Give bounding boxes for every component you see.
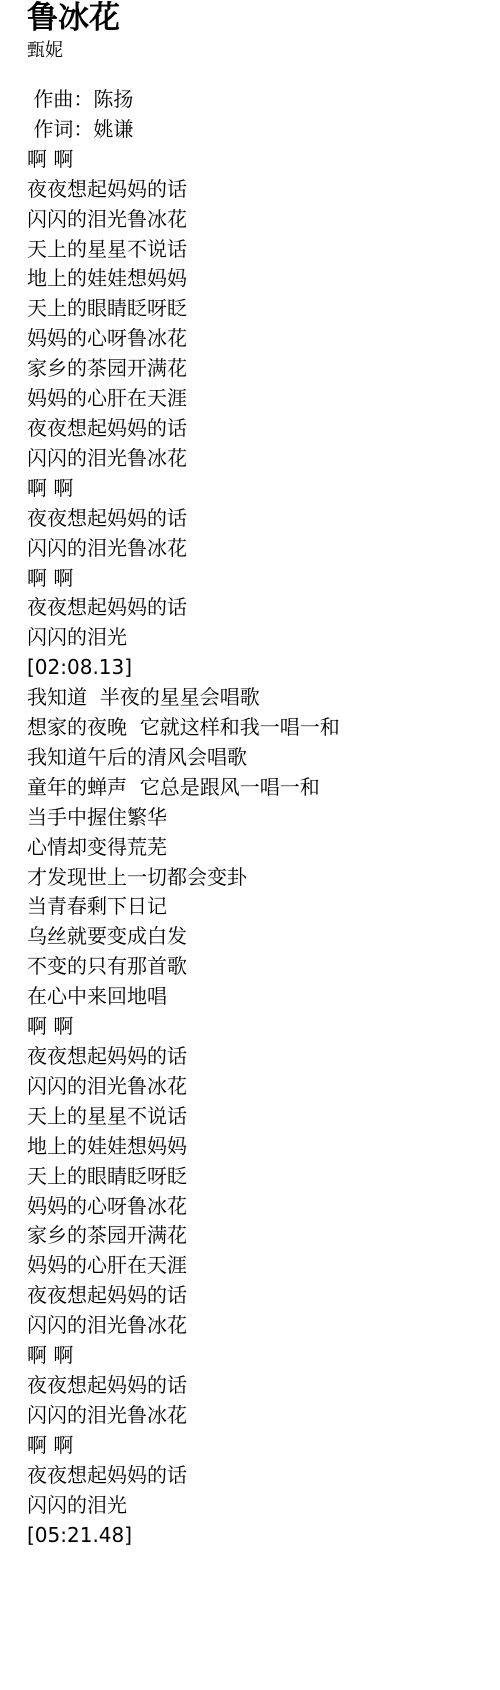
timestamp-line: [05:21.48] [27,1521,480,1551]
lyric-line: 夜夜想起妈妈的话 [27,1042,480,1072]
lyric-line: 闪闪的泪光 [27,623,480,653]
lyrics-page: 鲁冰花 甄妮 作曲：陈扬 作词：姚谦 啊 啊夜夜想起妈妈的话闪闪的泪光鲁冰花天上… [0,0,500,1550]
lyric-line: 心情却变得荒芜 [27,833,480,863]
artist-name: 甄妮 [27,37,480,64]
lyric-line: 闪闪的泪光 [27,1491,480,1521]
lyric-line: 不变的只有那首歌 [27,952,480,982]
lyric-line: 啊 啊 [27,1341,480,1371]
lyric-line: 啊 啊 [27,145,480,175]
lyric-line: 家乡的茶园开满花 [27,354,480,384]
lyric-line: 妈妈的心呀鲁冰花 [27,324,480,354]
lyric-line: 想家的夜晚 它就这样和我一唱一和 [27,713,480,743]
lyric-line: 地上的娃娃想妈妈 [27,1132,480,1162]
lyric-line: 当青春剩下日记 [27,892,480,922]
lyric-line: 啊 啊 [27,564,480,594]
lyric-line: 夜夜想起妈妈的话 [27,414,480,444]
lyric-line: 妈妈的心肝在天涯 [27,384,480,414]
lyric-line: 天上的星星不说话 [27,1102,480,1132]
lyric-line: 夜夜想起妈妈的话 [27,1281,480,1311]
lyric-line: 当手中握住繁华 [27,803,480,833]
lyric-line: 夜夜想起妈妈的话 [27,504,480,534]
lyric-line: 啊 啊 [27,474,480,504]
lyric-line: 我知道午后的清风会唱歌 [27,743,480,773]
lyric-line: 闪闪的泪光鲁冰花 [27,1311,480,1341]
lyric-line: 才发现世上一切都会变卦 [27,863,480,893]
lyric-line: 闪闪的泪光鲁冰花 [27,1401,480,1431]
lyric-line: 夜夜想起妈妈的话 [27,1461,480,1491]
lyric-line: 家乡的茶园开满花 [27,1221,480,1251]
lyric-line: 童年的蝉声 它总是跟风一唱一和 [27,773,480,803]
lyric-line: 我知道 半夜的星星会唱歌 [27,683,480,713]
lyric-line: 地上的娃娃想妈妈 [27,264,480,294]
lyric-line: 啊 啊 [27,1012,480,1042]
credit-line: 作曲：陈扬 [27,85,480,115]
lyric-line: 在心中来回地唱 [27,982,480,1012]
lyric-line: 闪闪的泪光鲁冰花 [27,1072,480,1102]
lyric-line: 闪闪的泪光鲁冰花 [27,205,480,235]
lyric-line: 妈妈的心呀鲁冰花 [27,1192,480,1222]
lyric-line: 夜夜想起妈妈的话 [27,1371,480,1401]
lyric-line: 天上的眼睛眨呀眨 [27,294,480,324]
lyric-line: 夜夜想起妈妈的话 [27,175,480,205]
lyric-line: 妈妈的心肝在天涯 [27,1251,480,1281]
lyric-line: 天上的星星不说话 [27,235,480,265]
song-title: 鲁冰花 [27,0,480,37]
lyric-line: 乌丝就要变成白发 [27,922,480,952]
lyrics-block: 作曲：陈扬 作词：姚谦 啊 啊夜夜想起妈妈的话闪闪的泪光鲁冰花天上的星星不说话地… [27,85,480,1550]
lyric-line: 闪闪的泪光鲁冰花 [27,444,480,474]
timestamp-line: [02:08.13] [27,653,480,683]
lyric-line: 啊 啊 [27,1431,480,1461]
lyric-line: 天上的眼睛眨呀眨 [27,1162,480,1192]
credit-line: 作词：姚谦 [27,115,480,145]
lyric-line: 夜夜想起妈妈的话 [27,593,480,623]
lyric-line: 闪闪的泪光鲁冰花 [27,534,480,564]
